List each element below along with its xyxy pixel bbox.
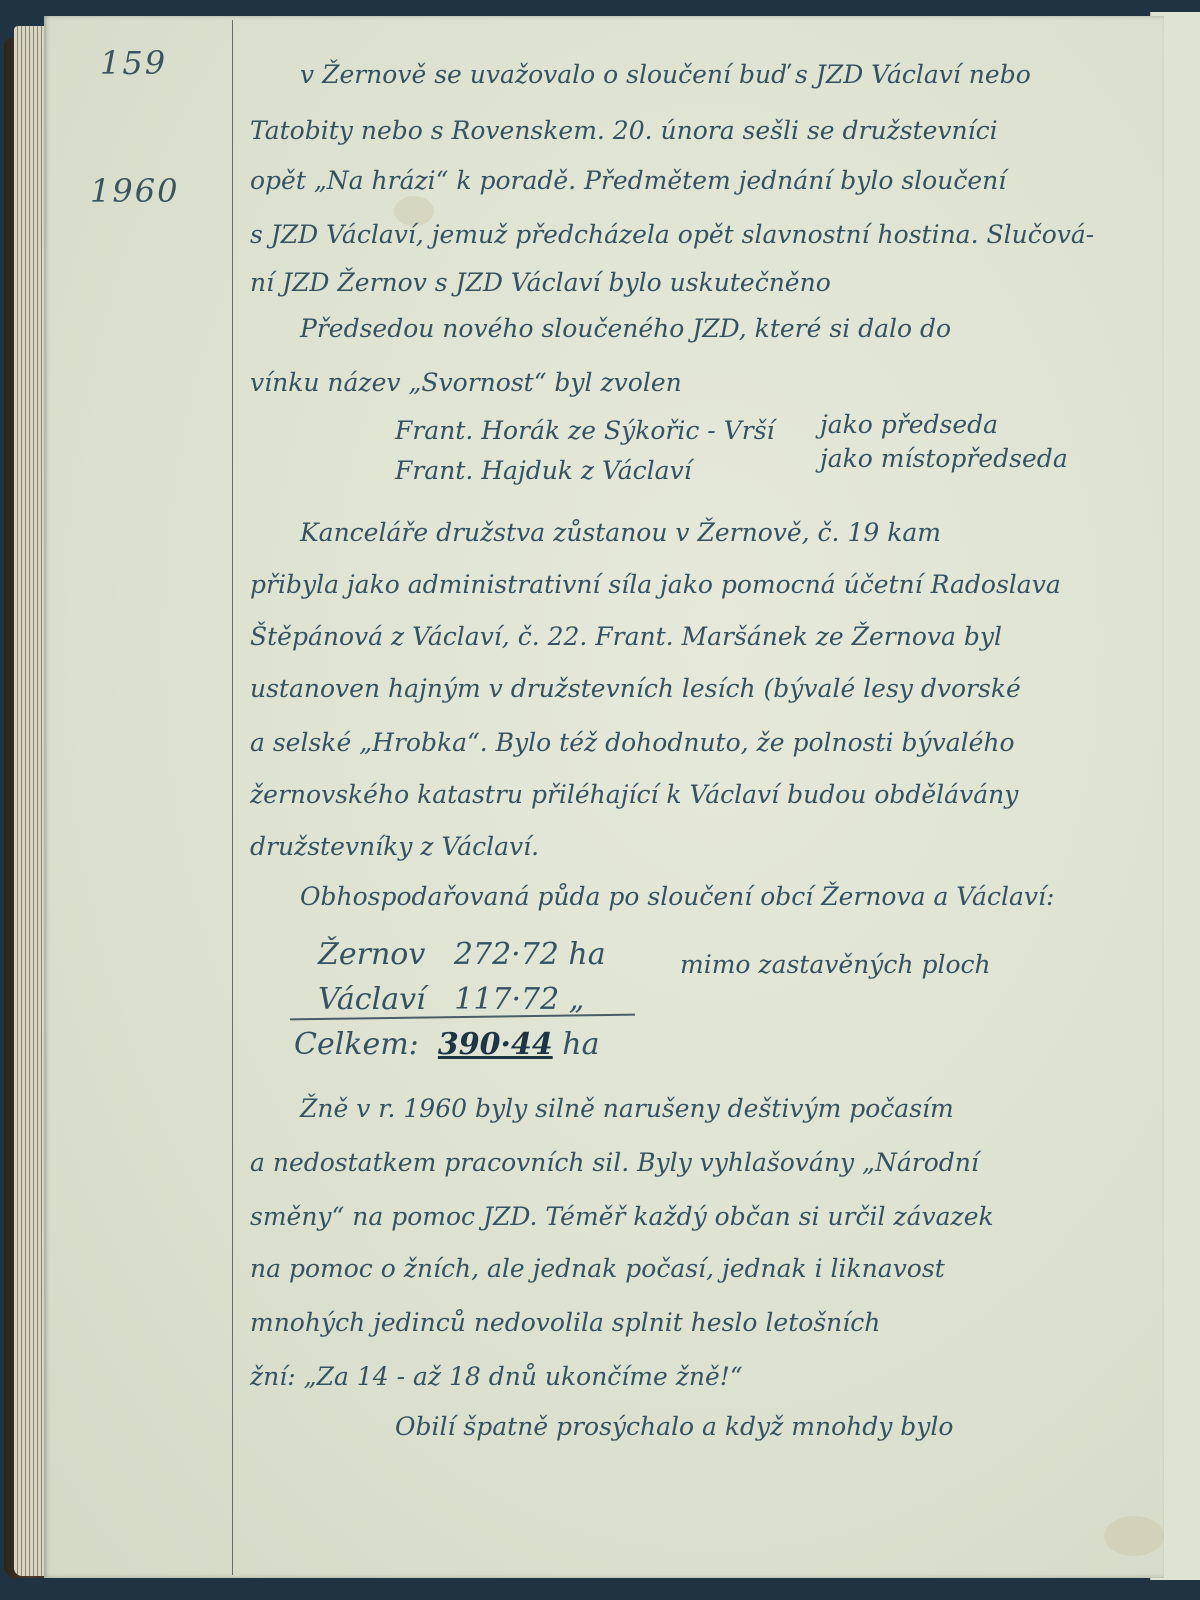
land-total: Celkem: 390·44 ha <box>294 1030 654 1060</box>
village-name: Václaví <box>318 982 426 1017</box>
text-line: na pomoc o žních, ale jednak počasí, jed… <box>250 1256 1100 1281</box>
text-line: a nedostatkem pracovních sil. Byly vyhla… <box>250 1150 1100 1175</box>
text-line: Obhospodařovaná půda po sloučení obcí Že… <box>300 884 1150 909</box>
text-line: Předsedou nového sloučeného JZD, které s… <box>300 316 1150 341</box>
page-number: 159 <box>100 44 167 82</box>
margin-rule <box>232 20 233 1575</box>
text-line: Obilí špatně prosýchalo a když mnohdy by… <box>395 1414 1200 1439</box>
text-line: Kanceláře družstva zůstanou v Žernově, č… <box>300 520 1150 545</box>
text-line: přibyla jako administrativní síla jako p… <box>250 572 1100 597</box>
text-line: vínku název „Svornost“ byl zvolen <box>250 370 1100 395</box>
text-line: ní JZD Žernov s JZD Václaví bylo uskuteč… <box>250 270 1100 295</box>
land-note: mimo zastavěných ploch <box>680 952 1000 977</box>
text-line: opět „Na hrázi“ k poradě. Předmětem jedn… <box>250 168 1100 193</box>
text-line: a selské „Hrobka“. Bylo též dohodnuto, ž… <box>250 730 1100 755</box>
text-line: Žně v r. 1960 byly silně narušeny deštiv… <box>300 1096 1150 1121</box>
land-area: 117·72 <box>454 982 559 1017</box>
land-row-zernov: Žernov 272·72 ha <box>318 940 668 970</box>
background-gap <box>1110 0 1200 12</box>
officer-role: jako místopředseda <box>820 446 1080 471</box>
village-name: Žernov <box>318 937 425 972</box>
text-line: směny“ na pomoc JZD. Téměř každý občan s… <box>250 1204 1100 1229</box>
total-label: Celkem: <box>294 1027 419 1062</box>
text-line: žernovského katastru přiléhající k Václa… <box>250 782 1100 807</box>
text-line: Tatobity nebo s Rovenskem. 20. února seš… <box>250 118 1100 143</box>
total-value: 390·44 <box>438 1027 553 1062</box>
land-unit: „ <box>569 982 585 1017</box>
text-line: Štěpánová z Václaví, č. 22. Frant. Maršá… <box>250 624 1100 649</box>
text-line: družstevníky z Václaví. <box>250 834 1100 859</box>
officer-name: Frant. Horák ze Sýkořic - Vrší <box>395 418 815 443</box>
text-line: žní: „Za 14 - až 18 dnů ukončíme žně!“ <box>250 1364 1100 1389</box>
land-unit: ha <box>568 937 605 972</box>
year-margin-note: 1960 <box>90 172 179 210</box>
total-unit: ha <box>562 1027 599 1062</box>
land-area: 272·72 <box>454 937 559 972</box>
land-row-vaclavi: Václaví 117·72 „ <box>318 985 668 1015</box>
officer-name: Frant. Hajduk z Václaví <box>395 458 815 483</box>
paper-stain <box>1104 1516 1164 1556</box>
text-line: ustanoven hajným v družstevních lesích (… <box>250 676 1100 701</box>
text-line: mnohých jedinců nedovolila splnit heslo … <box>250 1310 1100 1335</box>
officer-role: jako předseda <box>820 412 1080 437</box>
text-line: v Žernově se uvažovalo o sloučení buď s … <box>300 62 1150 87</box>
text-line: s JZD Václaví, jemuž předcházela opět sl… <box>250 222 1100 247</box>
